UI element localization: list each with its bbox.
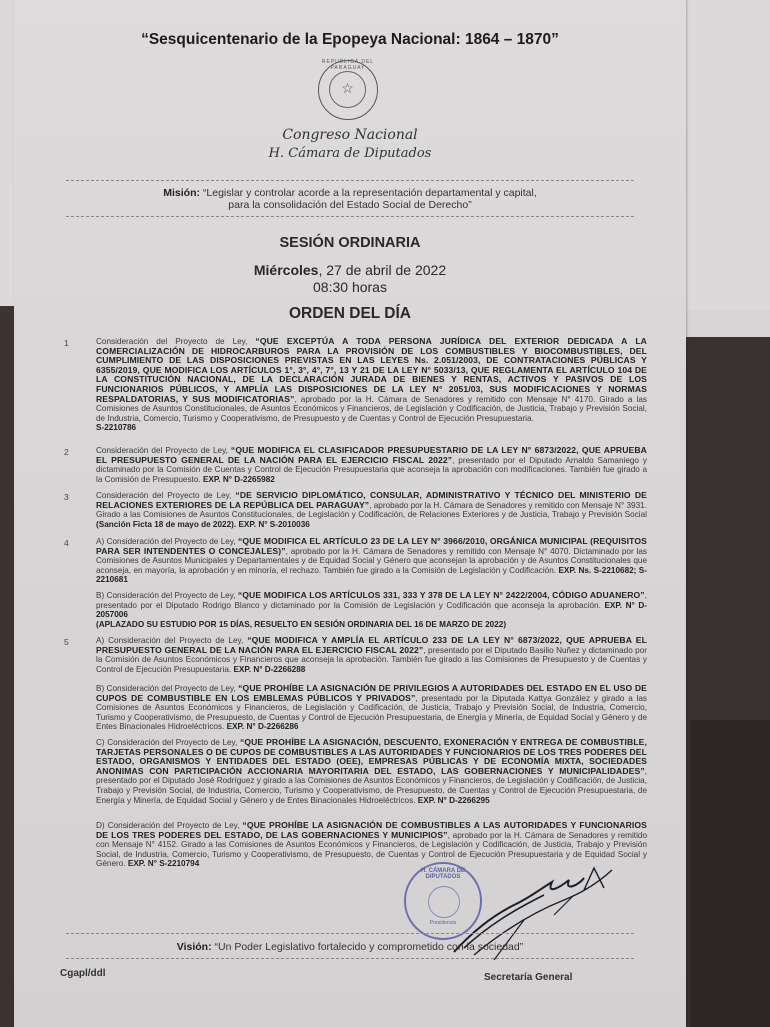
institution-name: Congreso Nacional [14,127,686,143]
agenda-item-4a: A) Consideración del Proyecto de Ley, “Q… [96,537,647,585]
bill-title: “QUE MODIFICA LOS ARTÍCULOS 331, 333 Y 3… [238,590,645,600]
seal-text: REPUBLICA DEL PARAGUAY [319,59,377,71]
agenda-title: ORDEN DEL DÍA [14,305,686,323]
session-title: SESIÓN ORDINARIA [14,235,686,251]
background-dark-right-lower [690,720,770,1027]
vision-text: “Un Poder Legislativo fortalecido y comp… [214,941,523,953]
bill-title: “QUE EXCEPTÚA A TODA PERSONA JURÍDICA DE… [96,336,647,404]
file-number: . EXP. N° S-2010036 [234,520,310,529]
agenda-item-5b: B) Consideración del Proyecto de Ley, “Q… [96,684,647,732]
star-icon: ☆ [330,80,365,97]
item-number: 5 [64,637,69,647]
session-date: Miércoles, 27 de abril de 2022 08:30 hor… [14,262,686,296]
vision-label: Visión: [177,941,212,953]
divider [66,180,634,181]
file-number: EXP. N° D-2265982 [203,475,275,484]
file-number: S-2210786 [96,423,136,432]
item-number: 4 [64,538,69,548]
mission-text-line1: “Legislar y controlar acorde a la repres… [203,187,537,199]
agenda-item-5a: A) Consideración del Proyecto de Ley, “Q… [96,636,647,674]
divider [66,958,634,959]
session-weekday: Miércoles [254,262,319,278]
seal-inner-ring: ☆ [329,71,366,108]
agenda-item-2: Consideración del Proyecto de Ley, “QUE … [96,446,647,484]
mission-statement: Misión: “Legislar y controlar acorde a l… [14,187,686,211]
agenda-item-4b: B) Consideración del Proyecto de Ley, “Q… [96,591,647,629]
item-note: (APLAZADO SU ESTUDIO POR 15 DÍAS, RESUEL… [96,620,506,629]
session-date-text: , 27 de abril de 2022 [318,262,446,278]
vision-statement: Visión: “Un Poder Legislativo fortalecid… [14,941,686,953]
document-page: “Sesquicentenario de la Epopeya Nacional… [14,0,686,1027]
agenda-item-1: Consideración del Proyecto de Ley, “QUE … [96,337,647,433]
item-number: 2 [64,447,69,457]
subitem-letter: B) [96,591,107,600]
file-number: EXP. N° D-2266295 [418,796,490,805]
agenda-item-3: Consideración del Proyecto de Ley, “DE S… [96,491,647,529]
signatory-office: Secretaría General [484,972,572,983]
divider [66,216,634,217]
file-number: EXP. N° S-2210794 [128,859,199,868]
file-number: EXP. N° D-2266286 [227,722,299,731]
file-number: EXP. N° D-2266288 [233,665,305,674]
national-seal-icon: REPUBLICA DEL PARAGUAY ☆ [318,60,378,120]
item-note: (Sanción Ficta 18 de mayo de 2022) [96,520,234,529]
divider [66,933,634,934]
agenda-item-5c: C) Consideración del Proyecto de Ley, “Q… [96,738,647,805]
item-number: 3 [64,492,69,502]
mission-label: Misión: [163,187,200,199]
mission-text-line2: para la consolidación del Estado Social … [228,199,471,211]
chamber-name: H. Cámara de Diputados [14,146,686,161]
item-number: 1 [64,338,69,348]
session-time: 08:30 horas [313,279,387,295]
reference-code: Cgapl/ddl [60,968,106,979]
item-intro: Consideración del Proyecto de Ley, [107,591,238,600]
document-motto: “Sesquicentenario de la Epopeya Nacional… [14,31,686,49]
